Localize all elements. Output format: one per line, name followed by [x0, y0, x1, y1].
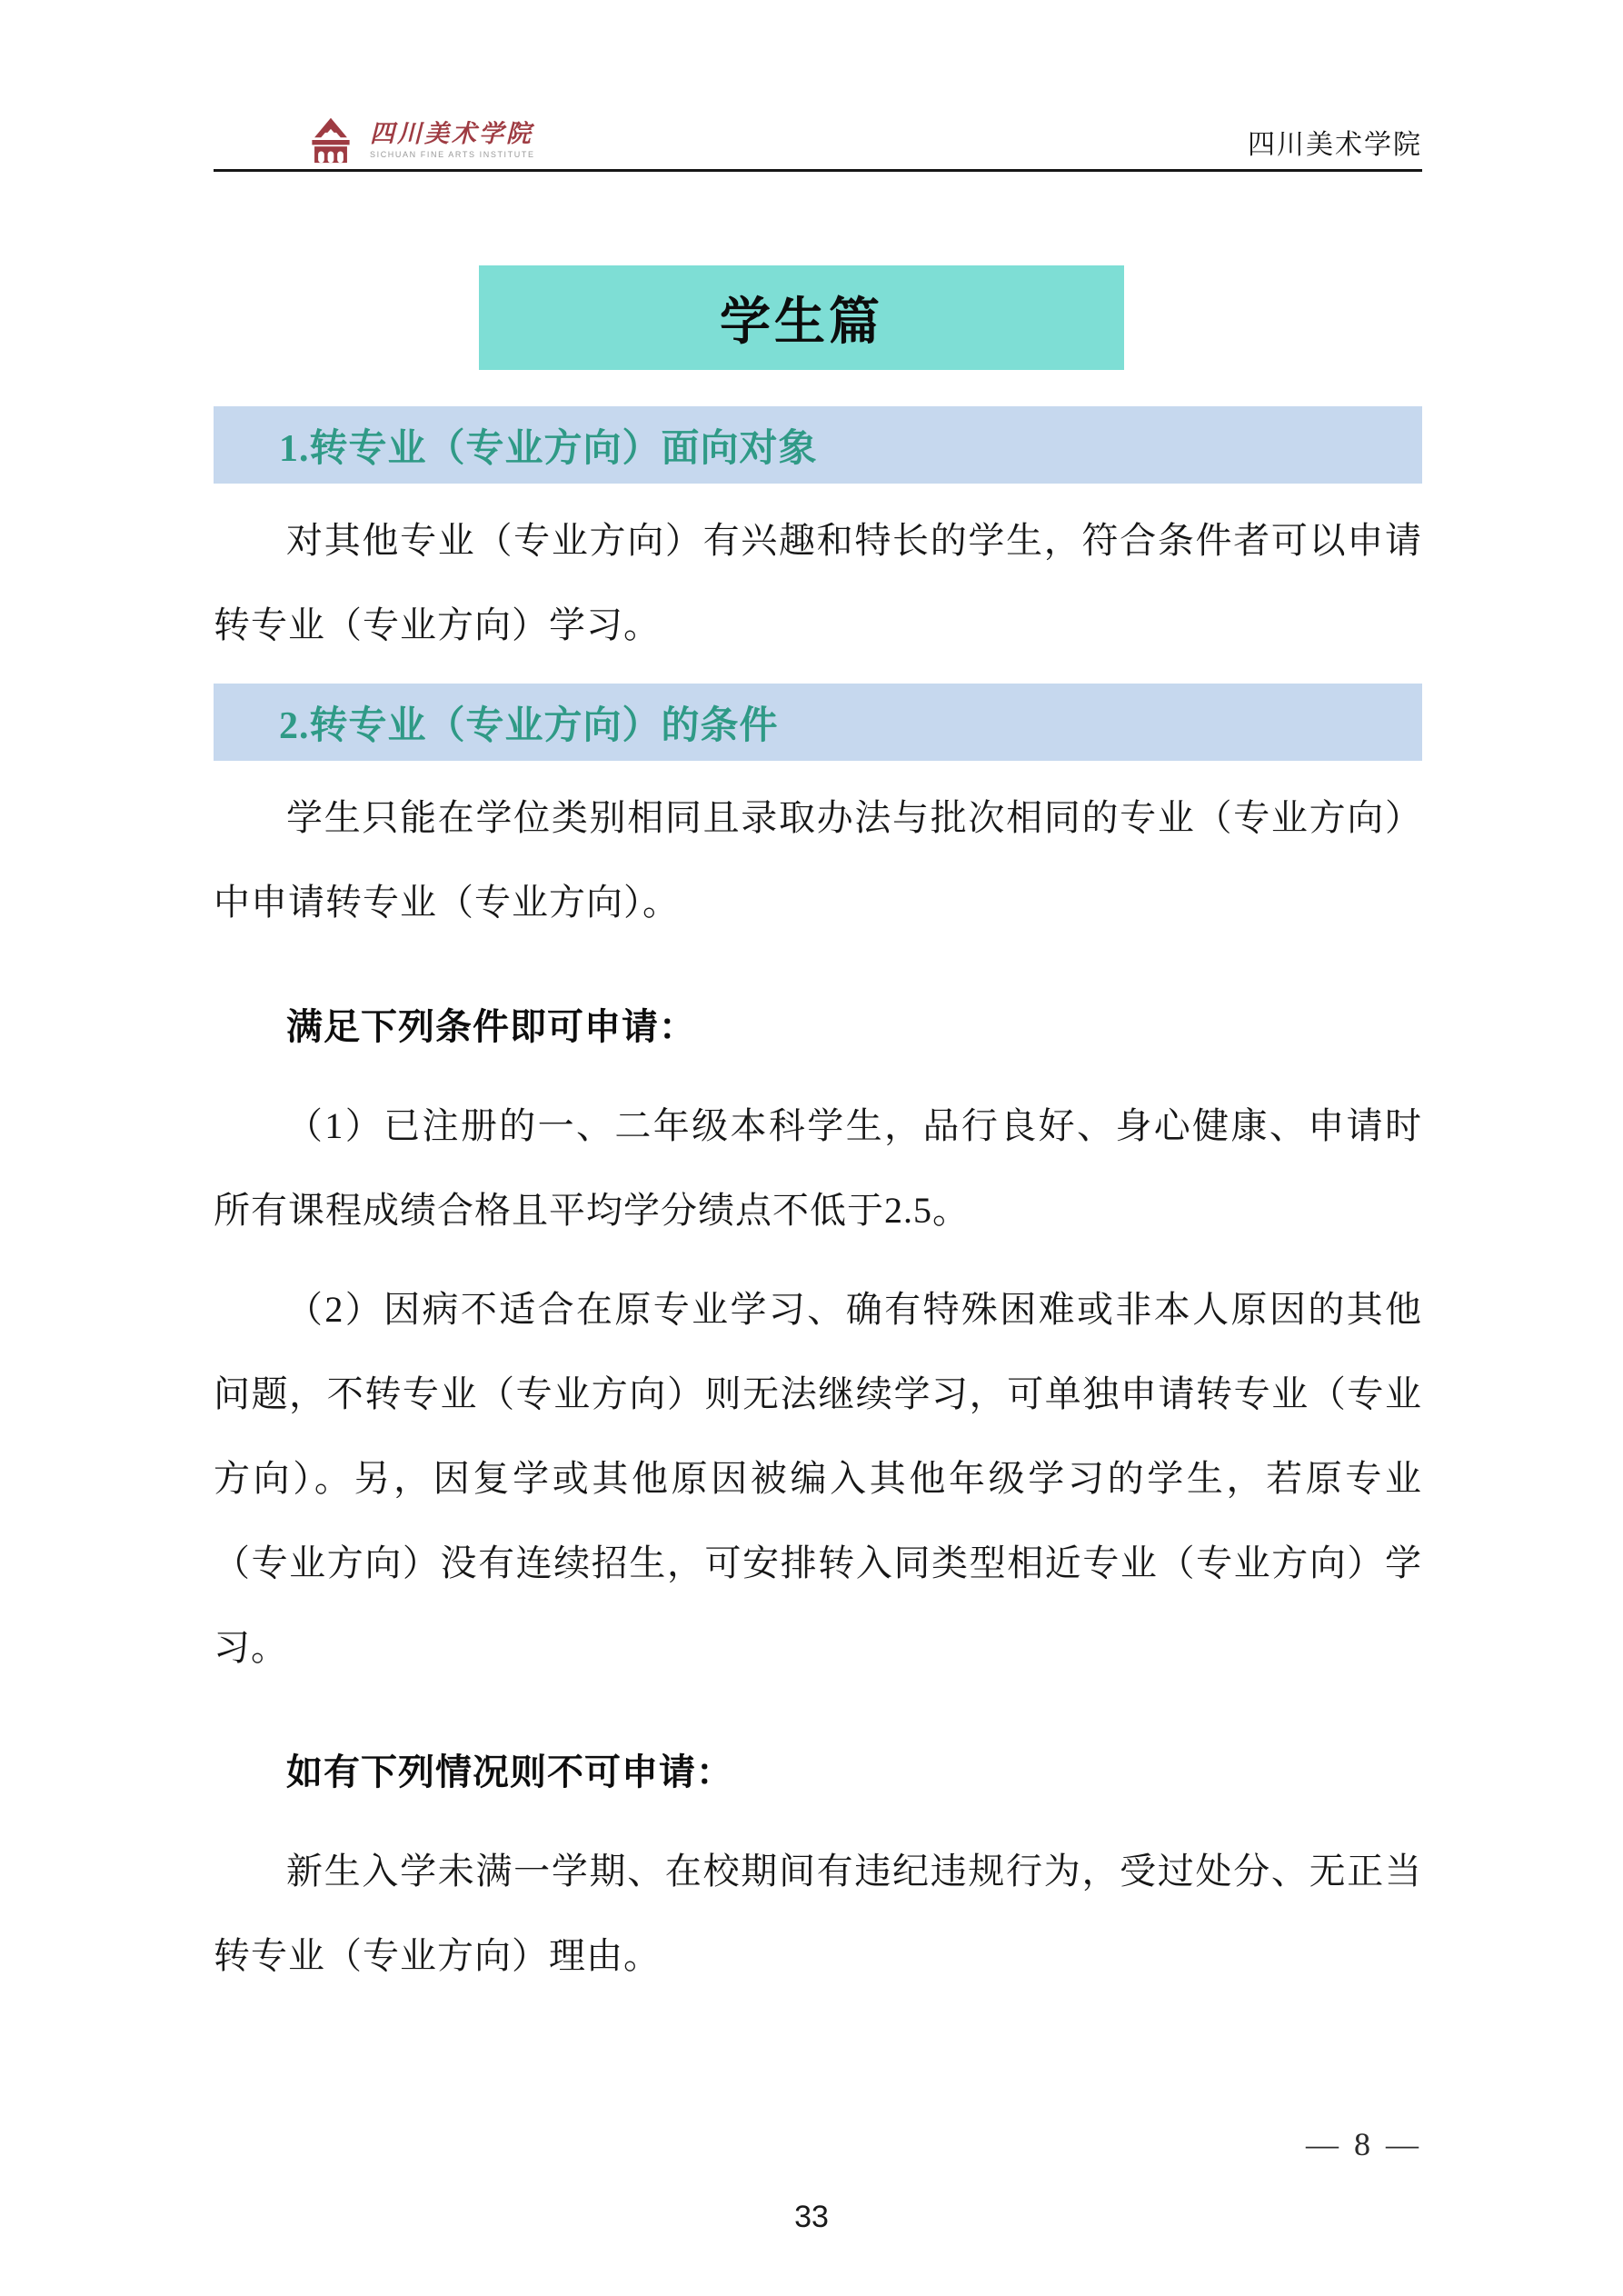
criteria-subheading: 满足下列条件即可申请： [214, 984, 1422, 1069]
criteria-item-1: （1）已注册的一、二年级本科学生，品行良好、身心健康、申请时所有课程成绩合格且平… [214, 1083, 1422, 1253]
section-1-title: 1.转专业（专业方向）面向对象 [279, 418, 818, 473]
logo-cn-text: 四川美术学院 [370, 121, 535, 148]
section-2-title: 2.转专业（专业方向）的条件 [279, 695, 779, 750]
section-1-heading-band: 1.转专业（专业方向）面向对象 [214, 406, 1422, 484]
doc-page-number: 33 [0, 2200, 1623, 2235]
chapter-title: 学生篇 [720, 282, 883, 354]
page-header: 四川美术学院 SICHUAN FINE ARTS INSTITUTE 四川美术学… [214, 0, 1422, 172]
document-page: 四川美术学院 SICHUAN FINE ARTS INSTITUTE 四川美术学… [0, 0, 1623, 2296]
chapter-banner: 学生篇 [479, 265, 1124, 370]
school-logo: 四川美术学院 SICHUAN FINE ARTS INSTITUTE [304, 116, 535, 164]
section-1-paragraph: 对其他专业（专业方向）有兴趣和特长的学生，符合条件者可以申请转专业（专业方向）学… [214, 498, 1422, 667]
header-school-name: 四川美术学院 [1248, 122, 1422, 164]
criteria-item-2: （2）因病不适合在原专业学习、确有特殊困难或非本人原因的其他问题，不转专业（专业… [214, 1267, 1422, 1690]
page-number: — 8 — [1306, 2125, 1422, 2163]
logo-en-text: SICHUAN FINE ARTS INSTITUTE [370, 150, 535, 159]
pavilion-logo-icon [304, 116, 357, 164]
exclusion-paragraph: 新生入学未满一学期、在校期间有违纪违规行为，受过处分、无正当转专业（专业方向）理… [214, 1829, 1422, 1998]
section-2-heading-band: 2.转专业（专业方向）的条件 [214, 684, 1422, 761]
section-2-paragraph: 学生只能在学位类别相同且录取办法与批次相同的专业（专业方向）中申请转专业（专业方… [214, 775, 1422, 944]
document-body: 学生篇 1.转专业（专业方向）面向对象 对其他专业（专业方向）有兴趣和特长的学生… [214, 265, 1422, 1998]
logo-text-block: 四川美术学院 SICHUAN FINE ARTS INSTITUTE [370, 121, 535, 159]
exclusion-subheading: 如有下列情况则不可申请： [214, 1730, 1422, 1814]
